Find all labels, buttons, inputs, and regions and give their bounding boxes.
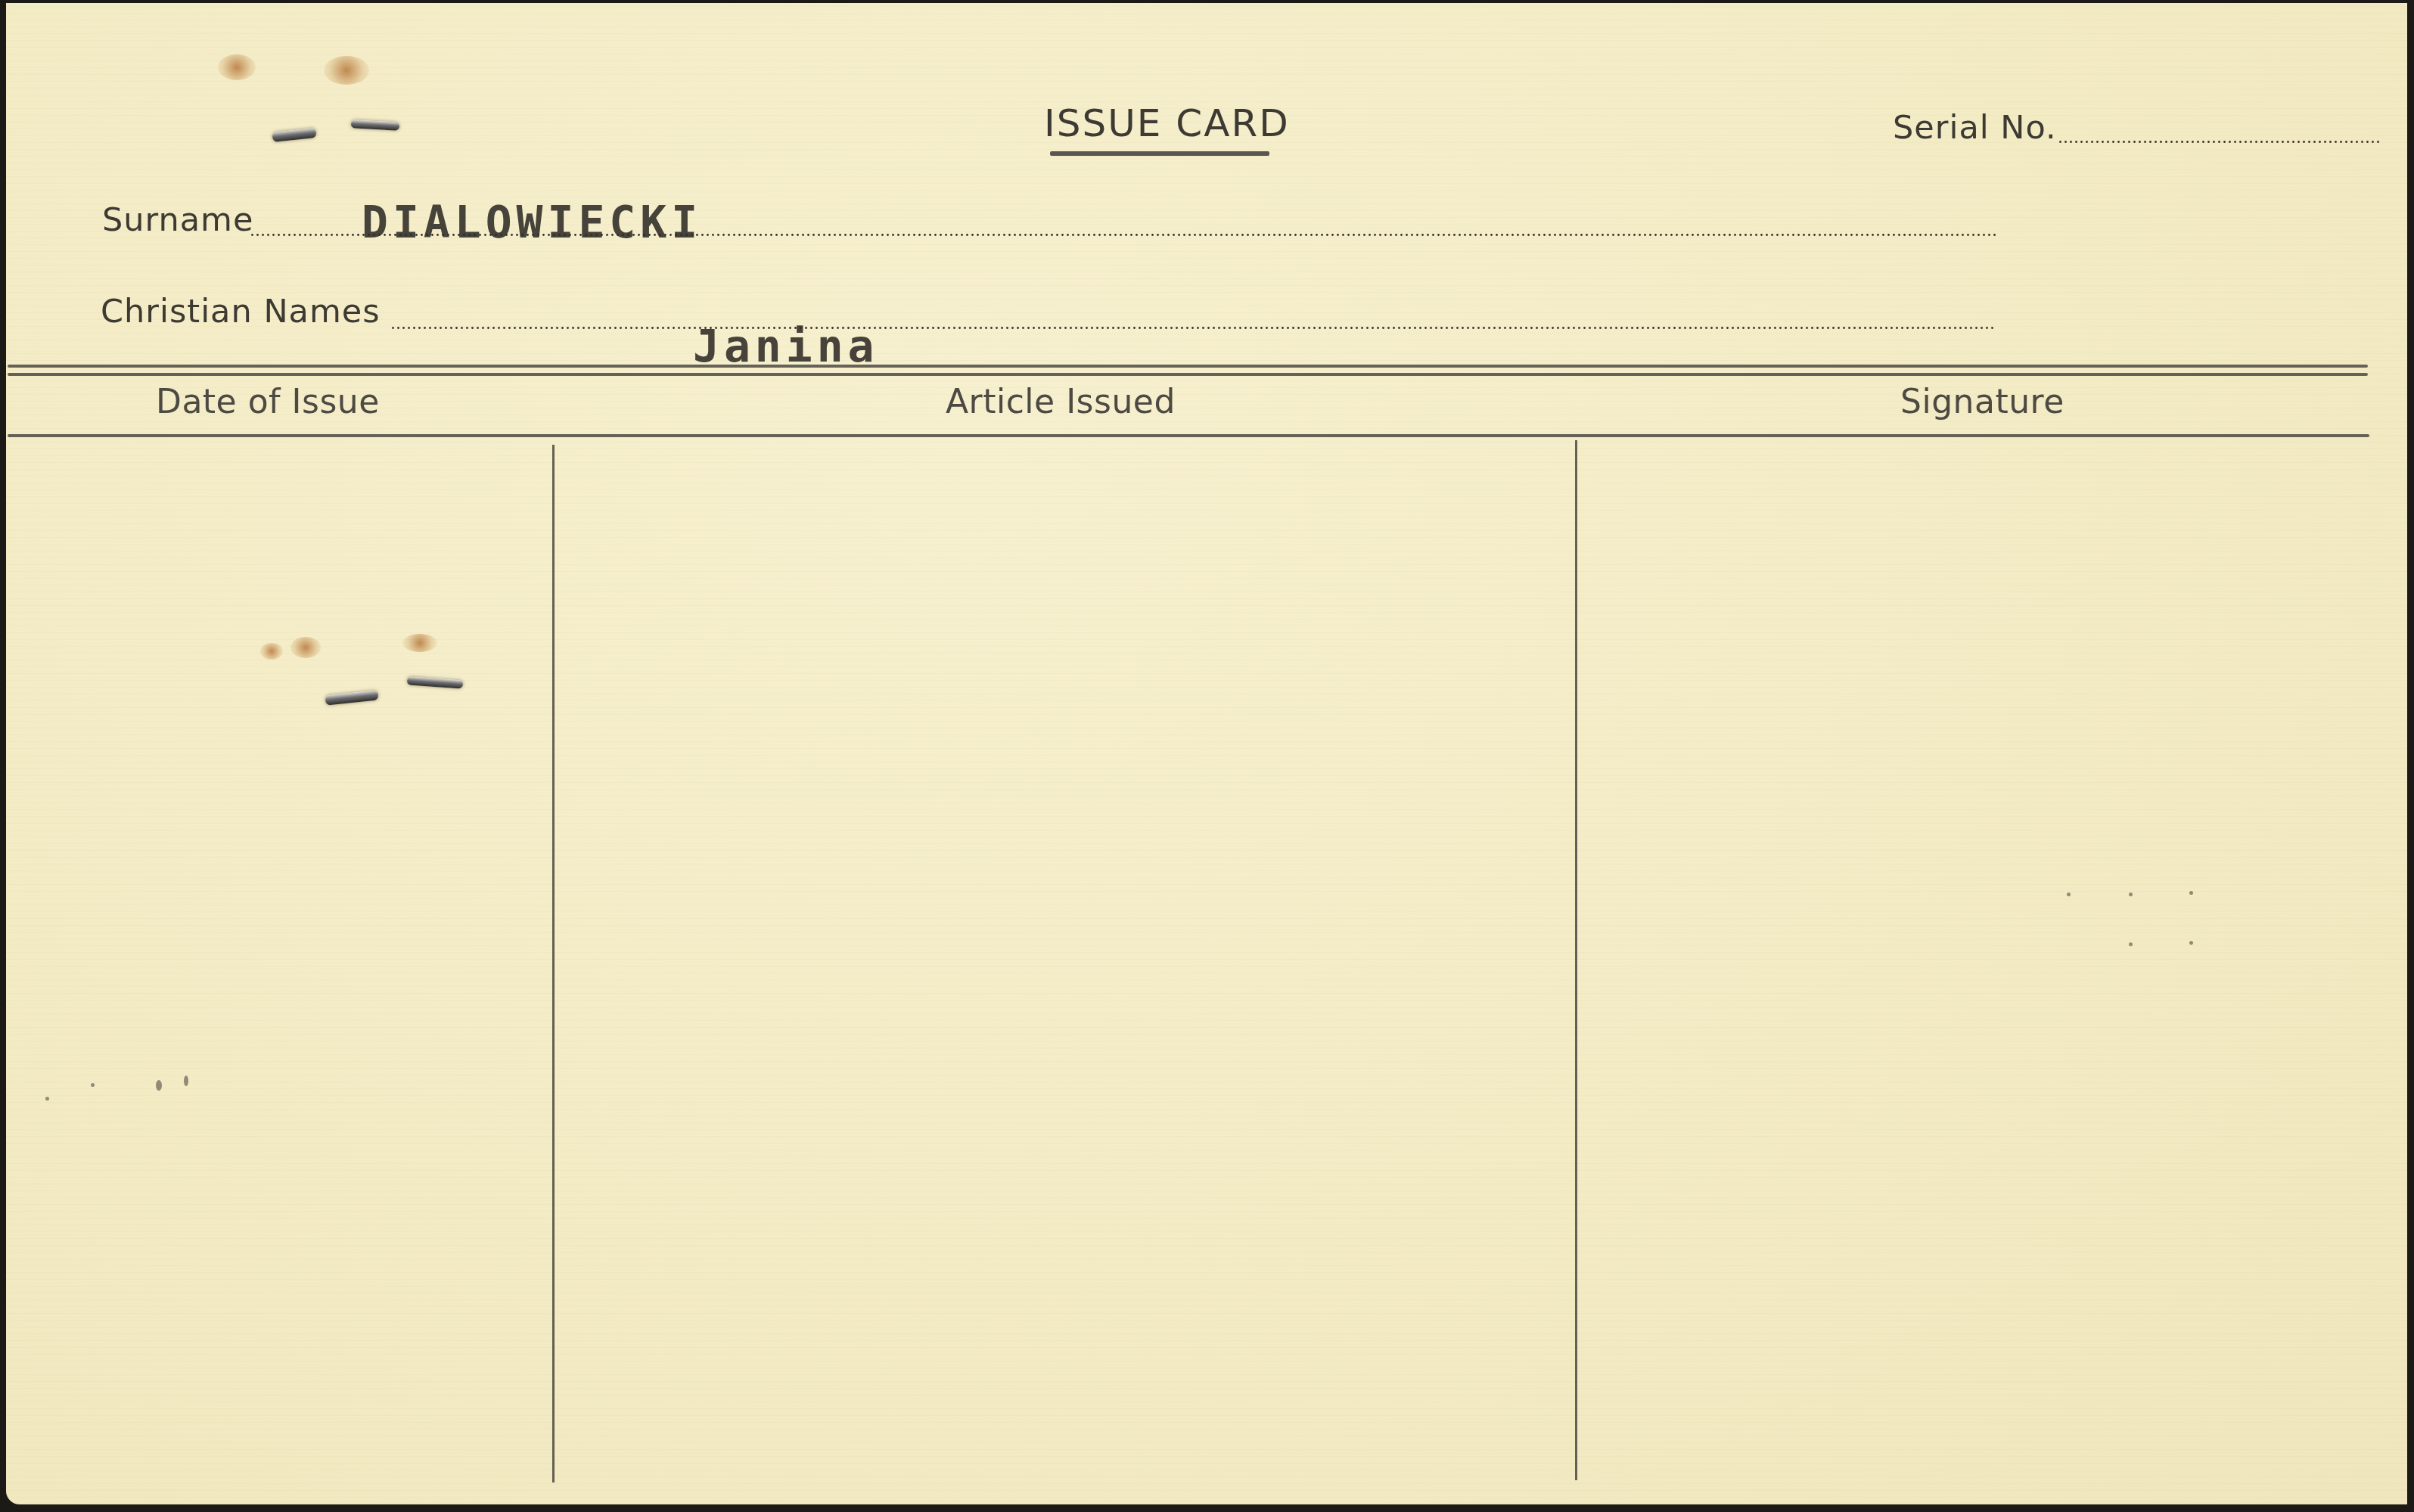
rust-stain xyxy=(290,637,321,658)
ink-speck xyxy=(2067,893,2071,896)
staple-mark xyxy=(272,128,316,142)
serial-number-label: Serial No. xyxy=(1893,109,2057,147)
surname-label: Surname xyxy=(102,201,253,239)
ink-speck xyxy=(91,1083,95,1087)
title-underline xyxy=(1050,151,1269,156)
serial-number-field[interactable] xyxy=(2058,141,2379,143)
ink-speck xyxy=(156,1080,162,1091)
column-header-signature: Signature xyxy=(1900,383,2064,421)
column-header-article-issued: Article Issued xyxy=(946,383,1176,421)
column-divider-1 xyxy=(552,445,555,1483)
column-header-rule xyxy=(8,434,2369,437)
ink-speck xyxy=(2189,941,2193,945)
rust-stain xyxy=(260,643,283,660)
surname-value: DIALOWIECKI xyxy=(362,197,702,248)
christian-names-field[interactable] xyxy=(390,327,1994,329)
article-issued-column-cell[interactable] xyxy=(556,442,1574,1497)
ink-speck xyxy=(45,1097,49,1101)
ink-speck xyxy=(184,1076,188,1086)
ink-speck xyxy=(2129,942,2133,946)
header-double-rule-bottom xyxy=(8,373,2368,376)
card-title: ISSUE CARD xyxy=(1044,101,1290,145)
ink-speck xyxy=(2129,893,2133,896)
column-divider-2 xyxy=(1575,440,1577,1480)
signature-column-cell[interactable] xyxy=(1579,442,2403,1497)
rust-stain xyxy=(324,56,369,85)
date-of-issue-column-cell[interactable] xyxy=(8,442,551,1497)
header-double-rule-top xyxy=(8,365,2368,368)
staple-mark xyxy=(351,120,399,130)
christian-names-label: Christian Names xyxy=(101,293,381,331)
rust-stain xyxy=(218,54,256,80)
issue-card: ISSUE CARD Serial No. Surname DIALOWIECK… xyxy=(6,3,2407,1504)
rust-stain xyxy=(402,634,437,652)
column-header-date-of-issue: Date of Issue xyxy=(156,383,380,421)
ink-speck xyxy=(2189,891,2193,895)
